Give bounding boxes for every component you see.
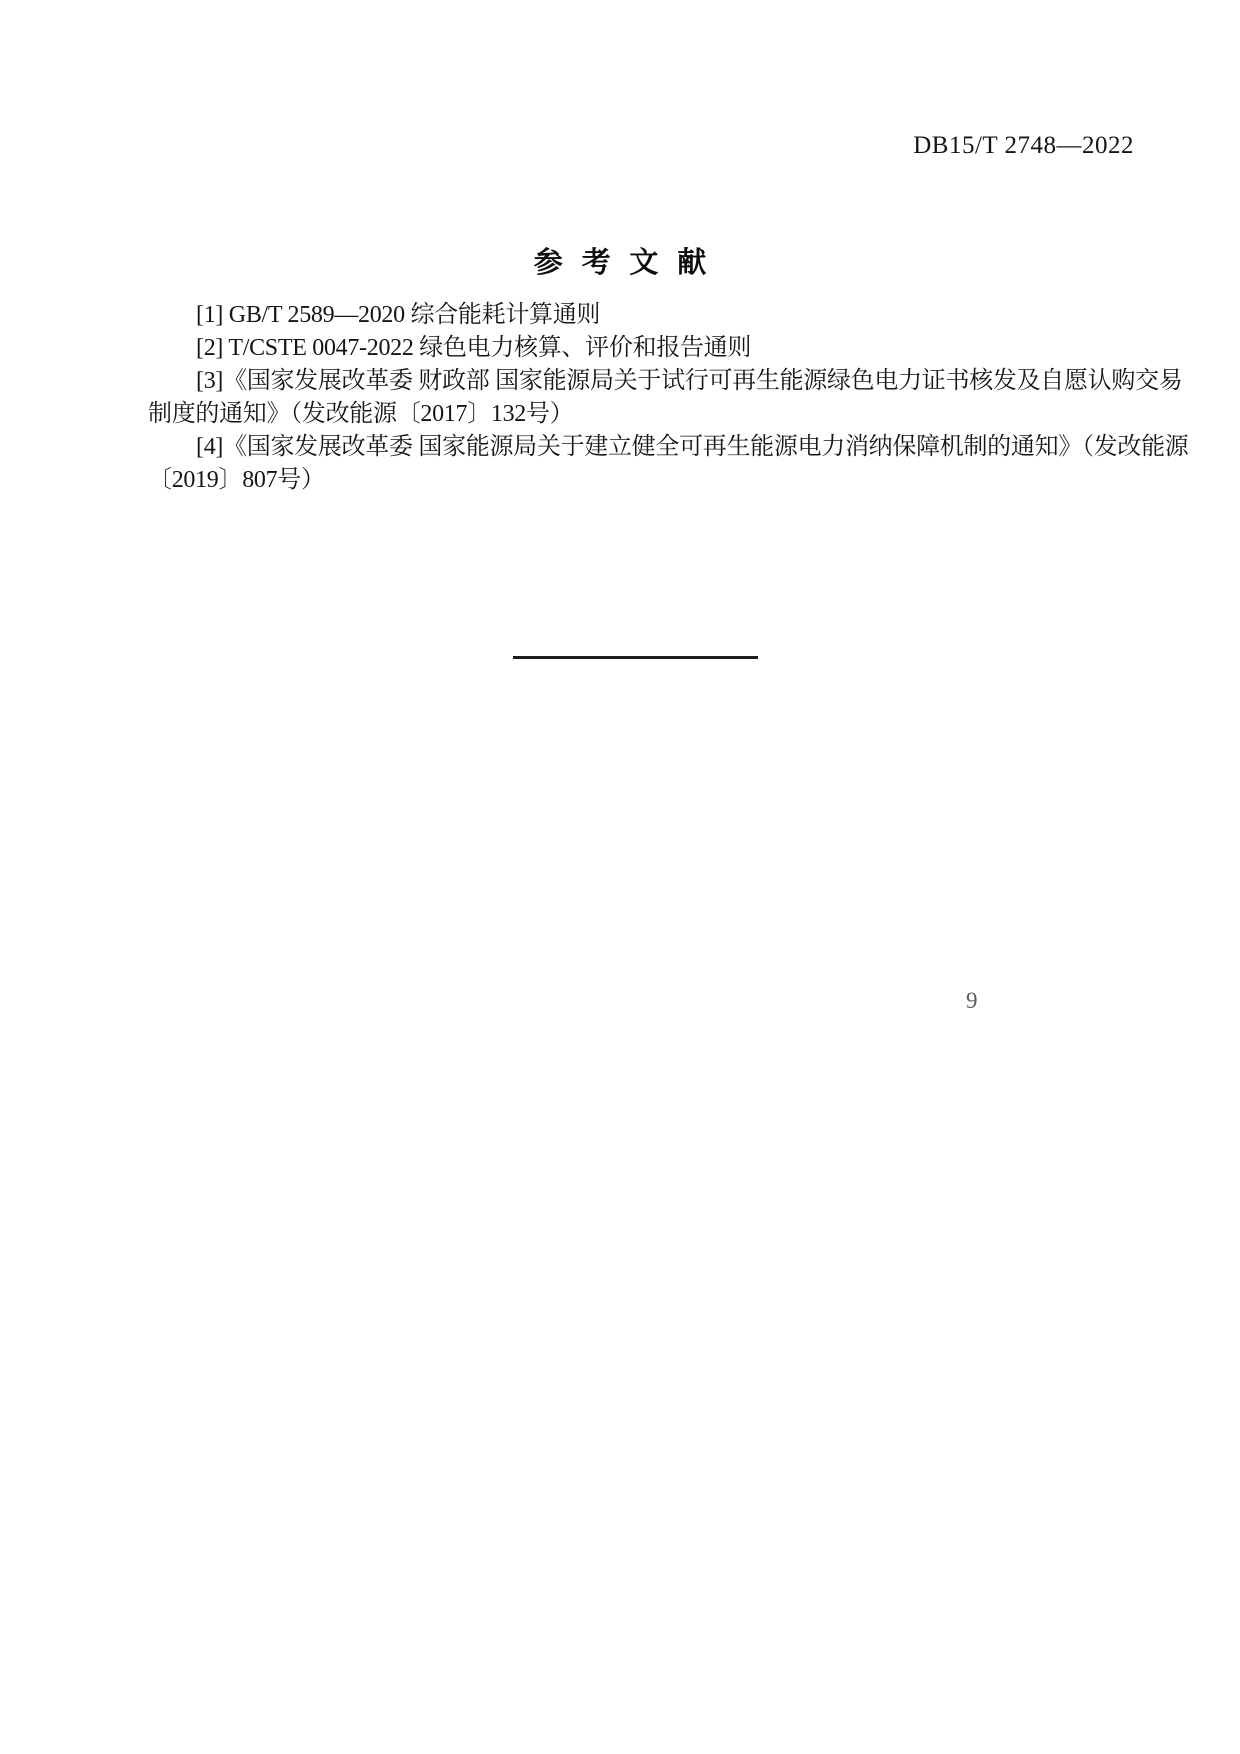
section-divider bbox=[513, 656, 758, 659]
doc-number: DB15/T 2748—2022 bbox=[913, 132, 1134, 159]
reference-line: [4]《国家发展改革委 国家能源局关于建立健全可再生能源电力消纳保障机制的通知》… bbox=[148, 431, 1133, 464]
page-number: 9 bbox=[966, 988, 978, 1014]
reference-line-continuation: 制度的通知》（发改能源〔2017〕132号） bbox=[148, 398, 1133, 431]
references-list: [1] GB/T 2589—2020 综合能耗计算通则 [2] T/CSTE 0… bbox=[148, 299, 1133, 497]
reference-line: [1] GB/T 2589—2020 综合能耗计算通则 bbox=[148, 299, 1133, 332]
reference-line: [3]《国家发展改革委 财政部 国家能源局关于试行可再生能源绿色电力证书核发及自… bbox=[148, 365, 1133, 398]
reference-line: [2] T/CSTE 0047-2022 绿色电力核算、评价和报告通则 bbox=[148, 332, 1133, 365]
page-header: DB15/T 2748—2022 bbox=[0, 132, 1134, 160]
reference-line-continuation: 〔2019〕807号） bbox=[148, 464, 1133, 497]
section-title: 参考文献 bbox=[0, 240, 1240, 281]
document-page: DB15/T 2748—2022 参考文献 [1] GB/T 2589—2020… bbox=[0, 0, 1240, 1754]
